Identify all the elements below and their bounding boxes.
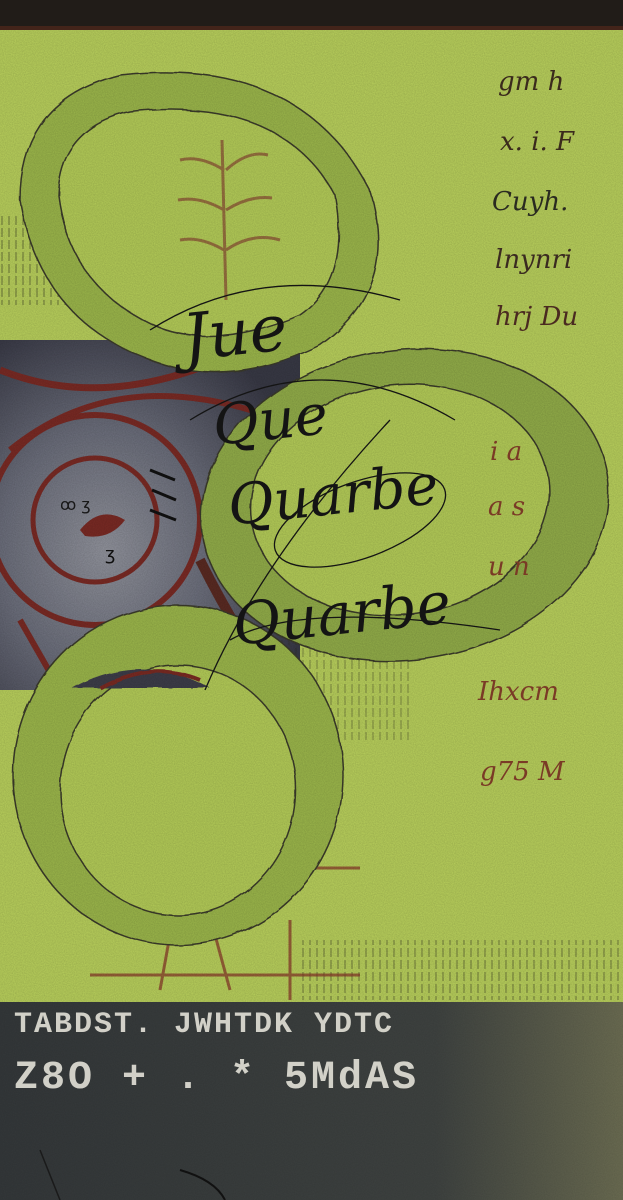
- margin-line: Cuyh.: [492, 187, 568, 217]
- top-band: [0, 0, 623, 30]
- margin-line: u n: [488, 552, 530, 582]
- margin-line: Ihxcm: [477, 677, 559, 707]
- margin-line: lnynri: [495, 245, 572, 275]
- margin-line: a s: [488, 492, 525, 522]
- margin-line: gm h: [498, 67, 564, 97]
- script-word: Que: [210, 382, 331, 459]
- artwork-canvas: ꝏ ʒ ʒ: [0, 0, 623, 1200]
- script-word: Jue: [168, 291, 291, 377]
- margin-line: g75 M: [480, 757, 566, 787]
- stencil-row-1: TABDST. JWHTDK YDTC: [14, 1008, 394, 1042]
- margin-line: i a: [490, 437, 522, 467]
- painting: ꝏ ʒ ʒ: [0, 0, 623, 1200]
- stencil-row-2: Z8O + . * 5MdAS: [14, 1056, 419, 1101]
- margin-line: x. i. F: [500, 127, 575, 157]
- margin-line: hrj Du: [495, 302, 578, 332]
